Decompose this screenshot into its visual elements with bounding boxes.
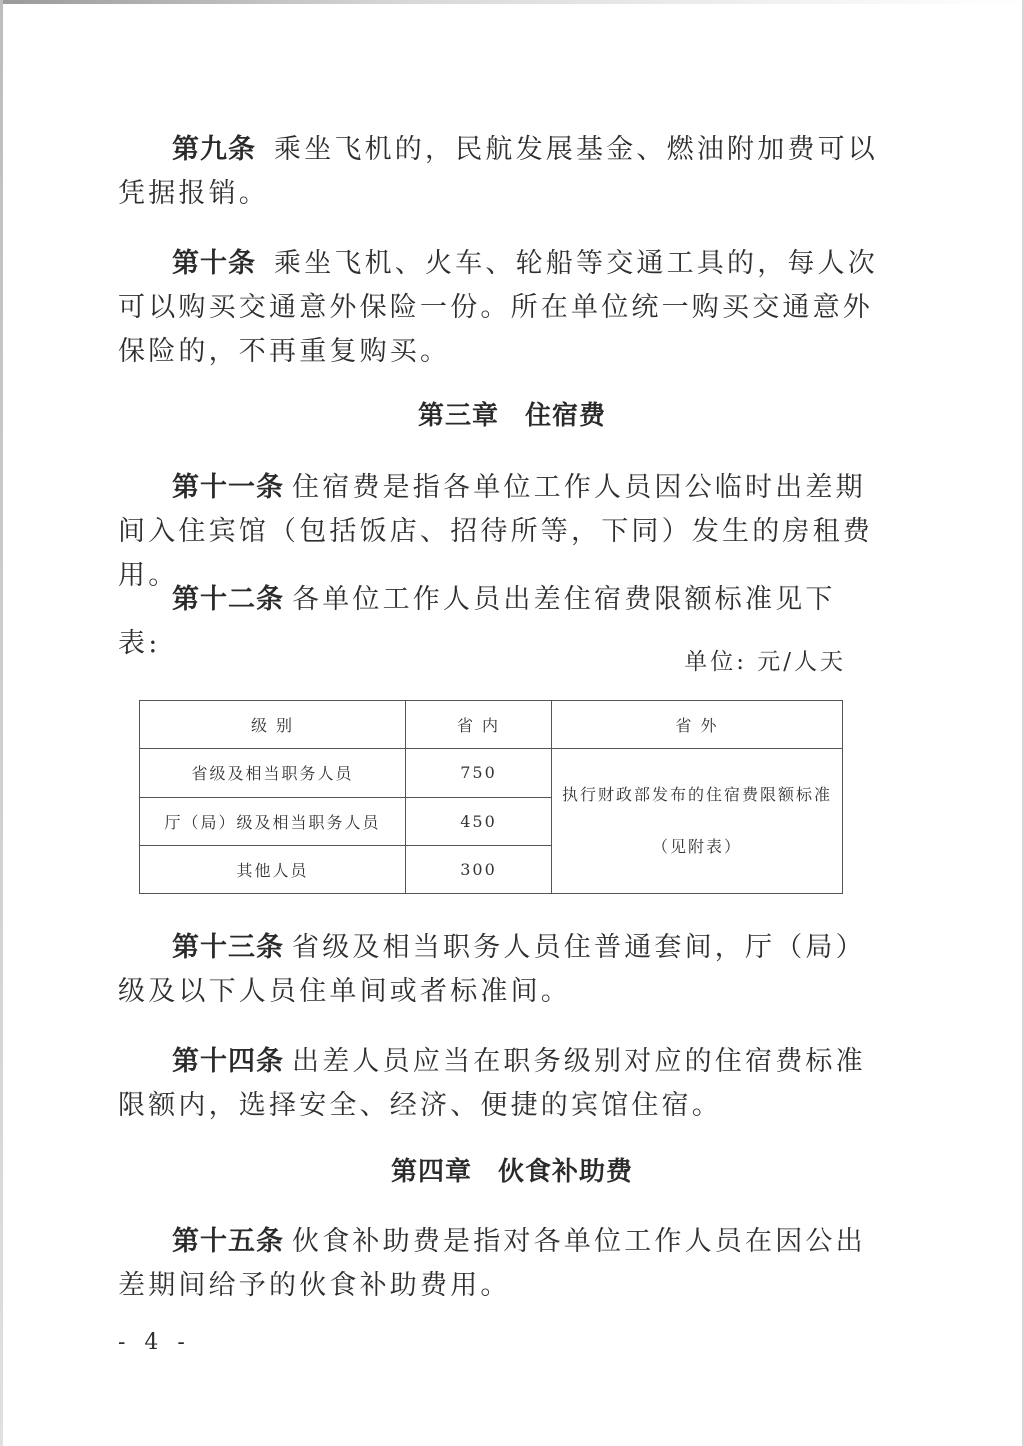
out-province-line1: 执行财政部发布的住宿费限额标准 [552, 769, 842, 821]
article-label: 第十四条 [172, 1046, 284, 1077]
cell-in-province: 750 [406, 749, 552, 797]
article-15: 第十五条伙食补助费是指对各单位工作人员在因公出差期间给予的伙食补助费用。 [118, 1220, 878, 1308]
chapter-title: 住宿费 [525, 401, 606, 431]
scan-edge-left [0, 0, 3, 1446]
article-label: 第十一条 [172, 472, 284, 503]
chapter-4-heading: 第四章伙食补助费 [0, 1152, 1024, 1192]
chapter-number: 第三章 [418, 401, 499, 431]
scan-edge-top [0, 0, 1024, 4]
cell-in-province: 300 [406, 845, 552, 893]
article-14: 第十四条出差人员应当在职务级别对应的住宿费标准限额内，选择安全、经济、便捷的宾馆… [118, 1040, 878, 1128]
table-unit-label: 单位: 元/人天 [684, 646, 846, 678]
chapter-number: 第四章 [391, 1157, 472, 1187]
article-9: 第九条乘坐飞机的，民航发展基金、燃油附加费可以凭据报销。 [118, 128, 878, 216]
lodging-fee-table: 级 别 省 内 省 外 省级及相当职务人员 750 执行财政部发布的住宿费限额标… [139, 700, 843, 894]
cell-level: 厅（局）级及相当职务人员 [140, 797, 406, 845]
header-out-province: 省 外 [552, 701, 843, 749]
article-10: 第十条乘坐飞机、火车、轮船等交通工具的，每人次可以购买交通意外保险一份。所在单位… [118, 242, 878, 374]
page-number: - 4 - [118, 1330, 191, 1355]
table-header-row: 级 别 省 内 省 外 [140, 701, 843, 749]
cell-in-province: 450 [406, 797, 552, 845]
article-label: 第十二条 [172, 584, 284, 615]
out-province-line2: （见附表） [552, 821, 842, 873]
header-in-province: 省 内 [406, 701, 552, 749]
header-level: 级 别 [140, 701, 406, 749]
article-label: 第十条 [172, 248, 256, 279]
article-label: 第十五条 [172, 1226, 284, 1257]
article-label: 第十三条 [172, 932, 284, 963]
article-13: 第十三条省级及相当职务人员住普通套间，厅（局）级及以下人员住单间或者标准间。 [118, 926, 878, 1014]
cell-level: 省级及相当职务人员 [140, 749, 406, 797]
article-label: 第九条 [172, 134, 256, 165]
chapter-title: 伙食补助费 [498, 1157, 633, 1187]
chapter-3-heading: 第三章住宿费 [0, 396, 1024, 436]
cell-out-province: 执行财政部发布的住宿费限额标准 （见附表） [552, 749, 843, 894]
table-row: 省级及相当职务人员 750 执行财政部发布的住宿费限额标准 （见附表） [140, 749, 843, 797]
cell-level: 其他人员 [140, 845, 406, 893]
